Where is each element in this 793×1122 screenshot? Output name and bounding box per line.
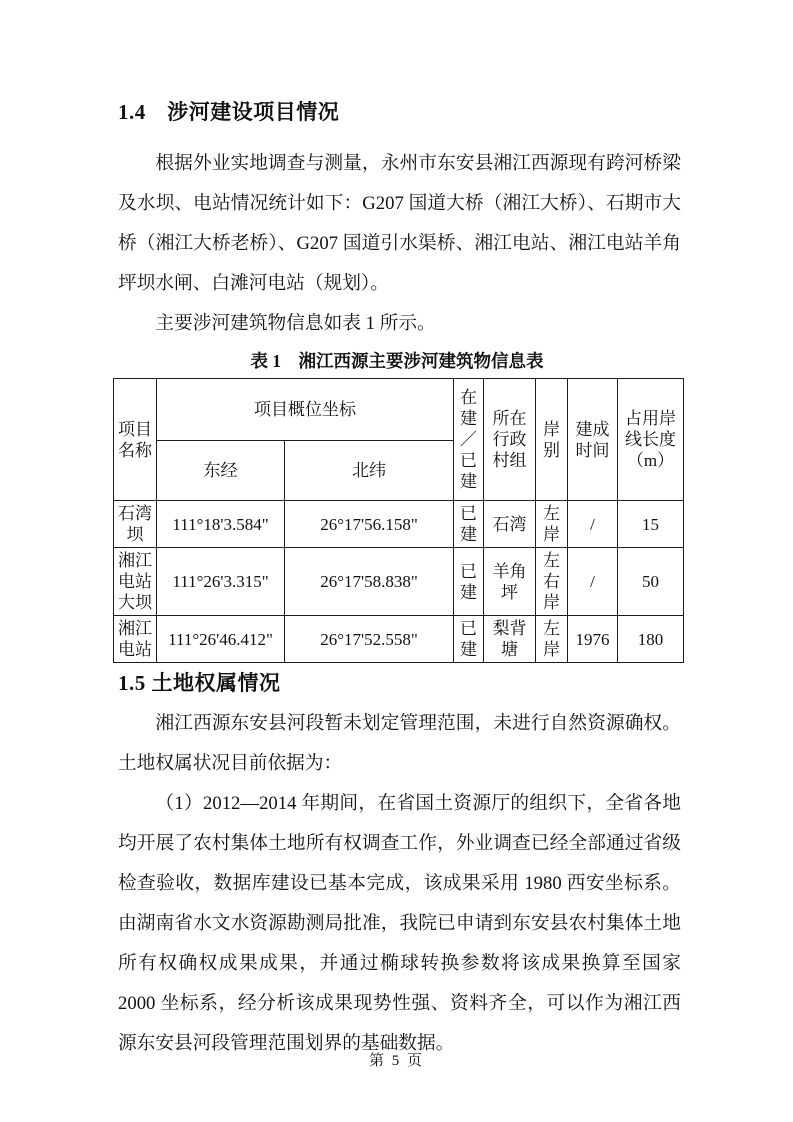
paragraph-1-4-intro: 根据外业实地调查与测量，永州市东安县湘江西源现有跨河桥梁及水坝、电站情况统计如下… [118, 144, 681, 304]
table-cell-built-year: / [568, 548, 618, 616]
table-row: 湘江电站大坝 111°26'3.315" 26°17'58.838" 已建 羊角… [114, 548, 684, 616]
table-cell-status: 已建 [454, 616, 484, 663]
table-cell-bank: 左右岸 [536, 548, 568, 616]
table-cell-longitude: 111°26'46.412" [157, 616, 285, 663]
col-header-latitude: 北纬 [285, 441, 454, 501]
table-cell-longitude: 111°18'3.584" [157, 501, 285, 548]
structures-table: 项目名称 项目概位坐标 在建／已建 所在行政村组 岸别 建成时间 占用岸线长度（… [113, 378, 684, 663]
paragraph-1-5-intro: 湘江西源东安县河段暂未划定管理范围，未进行自然资源确权。土地权属状况目前依据为： [118, 704, 681, 784]
col-header-status: 在建／已建 [454, 379, 484, 501]
col-header-project: 项目名称 [114, 379, 157, 501]
col-header-bank-length: 占用岸线长度（m） [618, 379, 684, 501]
table-cell-village: 梨背塘 [484, 616, 536, 663]
table-cell-latitude: 26°17'58.838" [285, 548, 454, 616]
paragraph-1-4-table-ref: 主要涉河建筑物信息如表 1 所示。 [118, 304, 681, 344]
document-page: 1.4 涉河建设项目情况 根据外业实地调查与测量，永州市东安县湘江西源现有跨河桥… [0, 0, 793, 1122]
page-content: 1.4 涉河建设项目情况 根据外业实地调查与测量，永州市东安县湘江西源现有跨河桥… [0, 0, 793, 1064]
table-cell-bank: 左岸 [536, 616, 568, 663]
col-header-longitude: 东经 [157, 441, 285, 501]
col-header-coords: 项目概位坐标 [157, 379, 454, 441]
table-cell-project: 石湾坝 [114, 501, 157, 548]
col-header-built-year: 建成时间 [568, 379, 618, 501]
table-row: 石湾坝 111°18'3.584" 26°17'56.158" 已建 石湾 左岸… [114, 501, 684, 548]
table-cell-status: 已建 [454, 501, 484, 548]
table-cell-latitude: 26°17'52.558" [285, 616, 454, 663]
table-cell-built-year: 1976 [568, 616, 618, 663]
col-header-bank: 岸别 [536, 379, 568, 501]
table-cell-bank: 左岸 [536, 501, 568, 548]
table-caption: 表 1 湘江西源主要涉河建筑物信息表 [113, 349, 681, 373]
col-header-village: 所在行政村组 [484, 379, 536, 501]
table-cell-built-year: / [568, 501, 618, 548]
page-number: 第 5 页 [0, 1049, 793, 1070]
section-heading-1-4: 1.4 涉河建设项目情况 [118, 99, 681, 126]
table-header-row-1: 项目名称 项目概位坐标 在建／已建 所在行政村组 岸别 建成时间 占用岸线长度（… [114, 379, 684, 441]
table-cell-longitude: 111°26'3.315" [157, 548, 285, 616]
table-cell-latitude: 26°17'56.158" [285, 501, 454, 548]
table-cell-status: 已建 [454, 548, 484, 616]
paragraph-1-5-item-1: （1）2012—2014 年期间，在省国土资源厅的组织下，全省各地均开展了农村集… [118, 784, 681, 1064]
table-cell-bank-length: 180 [618, 616, 684, 663]
table-row: 湘江电站 111°26'46.412" 26°17'52.558" 已建 梨背塘… [114, 616, 684, 663]
section-heading-1-5: 1.5 土地权属情况 [118, 670, 681, 697]
table-cell-project: 湘江电站大坝 [114, 548, 157, 616]
table-cell-project: 湘江电站 [114, 616, 157, 663]
table-cell-village: 羊角坪 [484, 548, 536, 616]
table-cell-village: 石湾 [484, 501, 536, 548]
table-cell-bank-length: 15 [618, 501, 684, 548]
table-cell-bank-length: 50 [618, 548, 684, 616]
